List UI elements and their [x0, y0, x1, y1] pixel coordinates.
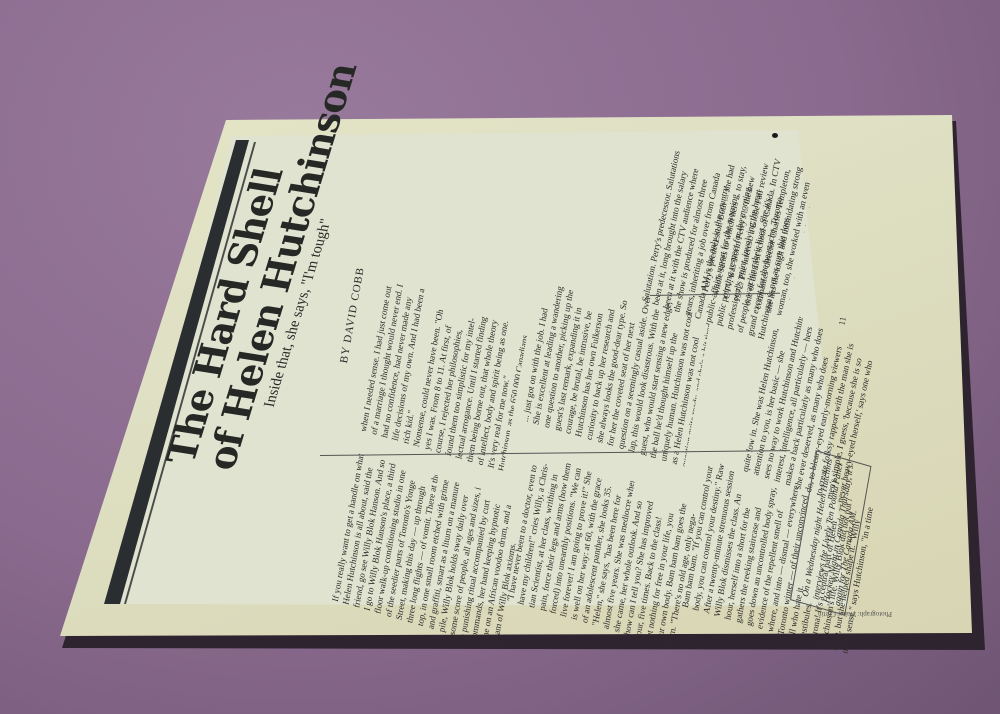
headline-block: The Hard Shell of Helen Hutchinson Insid…	[150, 190, 310, 480]
photo-credit: Photograph: Walter Curtin	[818, 610, 892, 618]
punch-hole-mark	[772, 133, 778, 138]
page-number: 11	[837, 316, 848, 326]
